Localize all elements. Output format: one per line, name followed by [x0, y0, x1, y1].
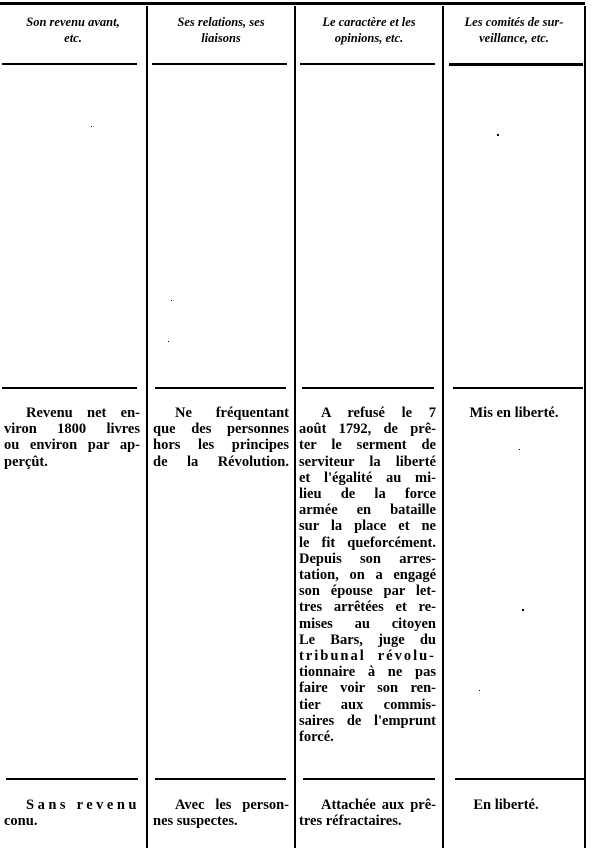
text-line: tres arrêtées et re-	[299, 599, 436, 615]
column-divider-2	[294, 6, 296, 848]
text-line: de la Révolution.	[153, 454, 289, 470]
text-line: tribunal révolu-	[299, 648, 436, 664]
row-separator	[449, 63, 583, 66]
cell-comites-row-2: En liberté.	[446, 797, 566, 813]
column-divider-right	[584, 6, 586, 848]
print-artifact	[91, 126, 92, 127]
row-separator	[152, 63, 287, 65]
text-line: que des personnes	[153, 421, 289, 437]
text-line: son épouse par let-	[299, 583, 436, 599]
row-separator	[455, 778, 585, 780]
text-line: et l'égalité au mi-	[299, 470, 436, 486]
text-line: serviteur la liberté	[299, 454, 436, 470]
text-line: Depuis son arres-	[299, 551, 436, 567]
text-line: armée en bataille	[299, 502, 436, 518]
text-line: conu.	[4, 813, 140, 829]
text-line: août 1792, de prê-	[299, 421, 436, 437]
row-separator	[6, 778, 138, 780]
text-line: Le Bars, juge du	[299, 632, 436, 648]
text-line: Avec les person-	[153, 797, 289, 813]
cell-revenu-row-2: Sans revenu conu.	[4, 797, 140, 829]
text-line: mises au citoyen	[299, 616, 436, 632]
text-line: lieu de la force	[299, 486, 436, 502]
print-artifact	[497, 134, 499, 136]
text-line: le fit queforcément.	[299, 535, 436, 551]
text-line: hors les principes	[153, 437, 289, 453]
cell-caractere-row-1: A refusé le 7 août 1792, de prê- ter le …	[299, 405, 436, 745]
column-divider-1	[146, 6, 148, 848]
text-line: sur la place et ne	[299, 518, 436, 534]
text-line: Attachée aux prê-	[299, 797, 436, 813]
row-separator	[453, 387, 583, 389]
text-line: En liberté.	[446, 797, 566, 813]
header-line: etc.	[0, 30, 146, 46]
text-line: A refusé le 7	[299, 405, 436, 421]
row-separator	[155, 778, 286, 780]
cell-caractere-row-2: Attachée aux prê- tres réfractaires.	[299, 797, 436, 829]
text-line: tation, on a engagé	[299, 567, 436, 583]
print-artifact	[522, 609, 524, 611]
column-divider-3	[442, 6, 444, 848]
row-separator	[302, 387, 434, 389]
text-line: tier aux commis-	[299, 697, 436, 713]
row-separator	[300, 63, 435, 65]
text-line: nes suspectes.	[153, 813, 289, 829]
header-line: liaisons	[148, 30, 294, 46]
print-artifact	[168, 341, 169, 342]
header-line: Ses relations, ses	[148, 14, 294, 30]
text-line: Mis en liberté.	[446, 405, 582, 421]
header-line: opinions, etc.	[296, 30, 442, 46]
column-header-relations: Ses relations, ses liaisons	[148, 14, 294, 46]
text-line: tres réfractaires.	[299, 813, 436, 829]
header-line: Les comités de sur-	[444, 14, 584, 30]
text-line: saires de l'emprunt	[299, 713, 436, 729]
text-line: Sans revenu	[4, 797, 140, 813]
header-line: veillance, etc.	[444, 30, 584, 46]
text-line: tionnaire à ne pas	[299, 664, 436, 680]
header-line: Le caractère et les	[296, 14, 442, 30]
text-line: Revenu net en-	[4, 405, 140, 421]
row-separator	[2, 63, 137, 65]
print-artifact	[519, 449, 520, 450]
cell-revenu-row-1: Revenu net en- viron 1800 livres ou envi…	[4, 405, 140, 470]
column-header-caractere: Le caractère et les opinions, etc.	[296, 14, 442, 46]
cell-relations-row-2: Avec les person- nes suspectes.	[153, 797, 289, 829]
column-header-revenu: Son revenu avant, etc.	[0, 14, 146, 46]
column-header-comites: Les comités de sur- veillance, etc.	[444, 14, 584, 46]
cell-comites-row-1: Mis en liberté.	[446, 405, 582, 421]
row-separator	[2, 387, 137, 389]
text-line: faire voir son ren-	[299, 680, 436, 696]
text-line: perçût.	[4, 454, 140, 470]
text-line: viron 1800 livres	[4, 421, 140, 437]
row-separator	[155, 387, 286, 389]
cell-relations-row-1: Ne fréquentant que des personnes hors le…	[153, 405, 289, 470]
print-artifact	[171, 300, 172, 301]
text-line: ter le serment de	[299, 437, 436, 453]
top-rule	[0, 2, 585, 5]
text-line: ou environ par ap-	[4, 437, 140, 453]
text-line: Ne fréquentant	[153, 405, 289, 421]
text-line: forcé.	[299, 729, 436, 745]
row-separator	[303, 778, 435, 780]
header-line: Son revenu avant,	[0, 14, 146, 30]
print-artifact	[479, 690, 480, 691]
